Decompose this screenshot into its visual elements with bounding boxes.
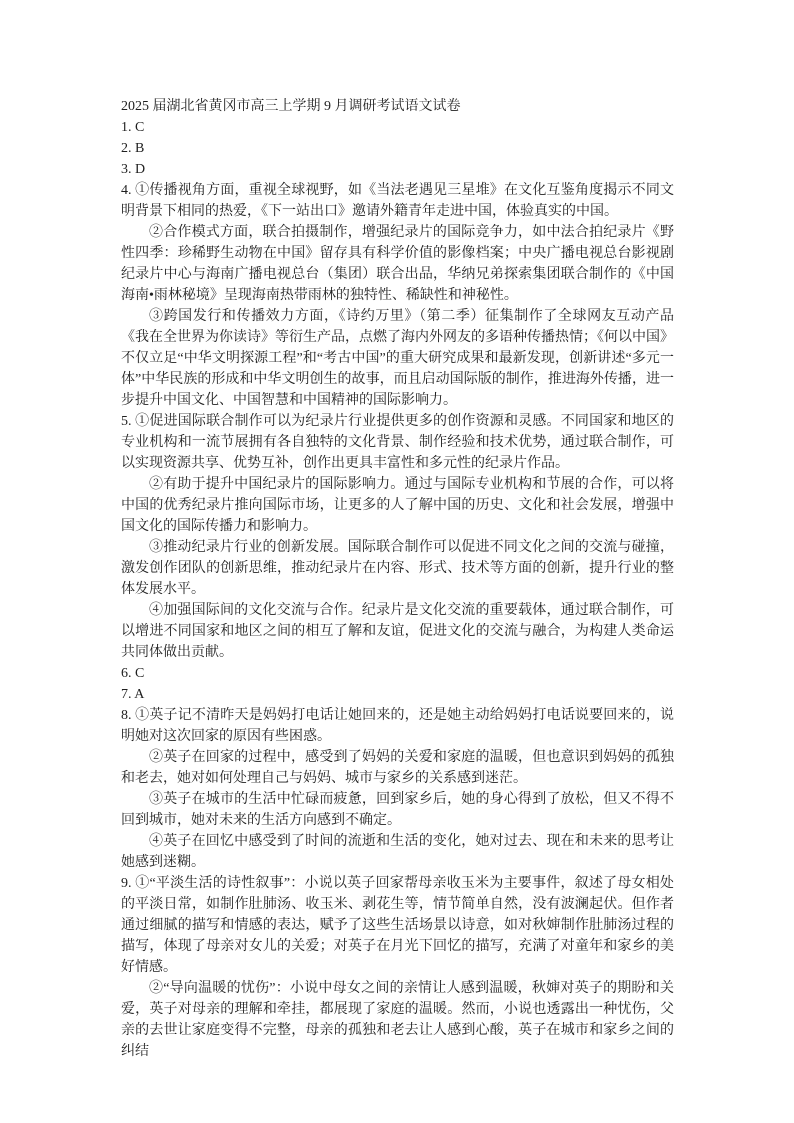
answer-q8-point-3: ③英子在城市的生活中忙碌而疲惫，回到家乡后，她的身心得到了放松，但又不得不回到城… — [121, 789, 674, 831]
document-body: 1. C2. B3. D4. ①传播视角方面，重视全球视野，如《当法老遇见三星堆… — [121, 117, 674, 1062]
answer-q7: 7. A — [121, 684, 674, 705]
answer-q9-point-1: 9. ①“平淡生活的诗性叙事”：小说以英子回家帮母亲收玉米为主要事件，叙述了母女… — [121, 873, 674, 978]
document-page: 2025 届湖北省黄冈市高三上学期 9 月调研考试语文试卷 1. C2. B3.… — [0, 0, 794, 1123]
answer-q5-point-2: ②有助于提升中国纪录片的国际影响力。通过与国际专业机构和节展的合作，可以将中国的… — [121, 474, 674, 537]
answer-q8-point-2: ②英子在回家的过程中，感受到了妈妈的关爱和家庭的温暖，但也意识到妈妈的孤独和老去… — [121, 747, 674, 789]
document-title: 2025 届湖北省黄冈市高三上学期 9 月调研考试语文试卷 — [121, 96, 674, 117]
answer-q4-point-1: 4. ①传播视角方面，重视全球视野，如《当法老遇见三星堆》在文化互鉴角度揭示不同… — [121, 180, 674, 222]
answer-q1: 1. C — [121, 117, 674, 138]
answer-q5-point-3: ③推动纪录片行业的创新发展。国际联合制作可以促进不同文化之间的交流与碰撞，激发创… — [121, 537, 674, 600]
answer-q6: 6. C — [121, 663, 674, 684]
answer-q8-point-1: 8. ①英子记不清昨天是妈妈打电话让她回来的，还是她主动给妈妈打电话说要回来的，… — [121, 705, 674, 747]
answer-q3: 3. D — [121, 159, 674, 180]
answer-q2: 2. B — [121, 138, 674, 159]
answer-q9-point-2: ②“导向温暖的忧伤”：小说中母女之间的亲情让人感到温暖，秋婶对英子的期盼和关爱，… — [121, 978, 674, 1062]
answer-q5-point-4: ④加强国际间的文化交流与合作。纪录片是文化交流的重要载体，通过联合制作，可以增进… — [121, 600, 674, 663]
answer-q4-point-2: ②合作模式方面，联合拍摄制作，增强纪录片的国际竞争力，如中法合拍纪录片《野性四季… — [121, 222, 674, 306]
answer-q5-point-1: 5. ①促进国际联合制作可以为纪录片行业提供更多的创作资源和灵感。不同国家和地区… — [121, 411, 674, 474]
answer-q4-point-3: ③跨国发行和传播效力方面，《诗约万里》（第二季）征集制作了全球网友互动产品《我在… — [121, 306, 674, 411]
answer-q8-point-4: ④英子在回忆中感受到了时间的流逝和生活的变化，她对过去、现在和未来的思考让她感到… — [121, 831, 674, 873]
